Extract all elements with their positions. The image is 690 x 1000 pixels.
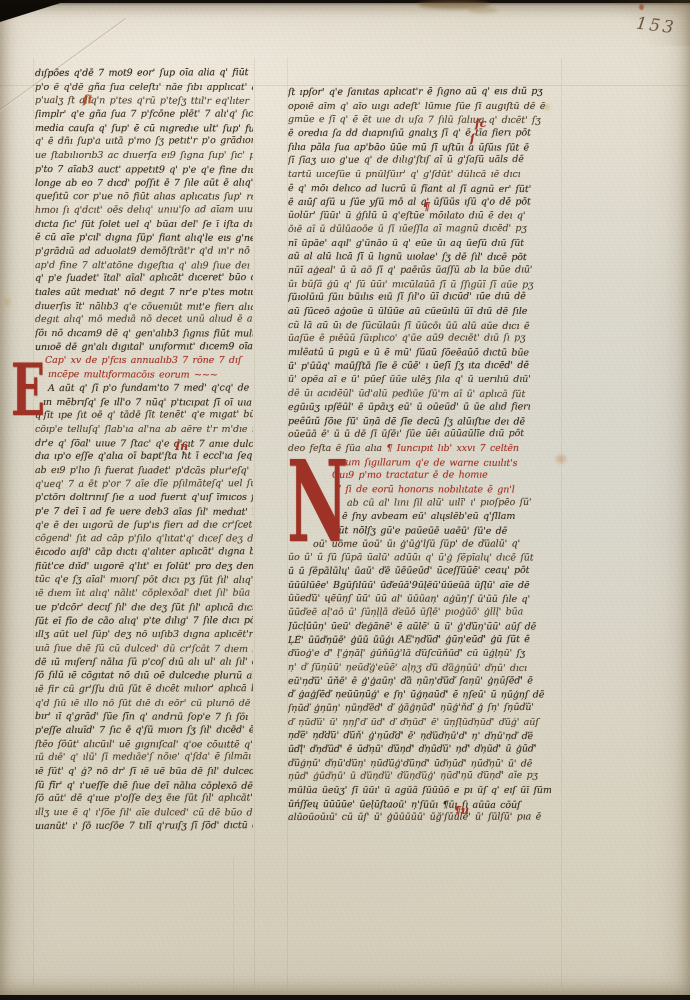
text-line: p'ctōrı doltrınıſ ſıe a uod fuerıt q'uıſ… (35, 492, 253, 506)
text-line: ıllʒ uıe ē q' ı'ſōe ſıl' aīe dulced' cū … (35, 807, 253, 821)
text-line: ab eı9 p'lıo ſı fuerat ſuadet' p'dcās pl… (35, 465, 253, 479)
text-line: ūaſūe ē pıēūū ſūıplıco' q'ūe aū9 decıēt'… (288, 333, 551, 347)
text-line: p'to 7 aīab3 auct' appetıt9 q' p'e q'e f… (35, 164, 253, 179)
text-line: ſūt eī fīo de cāo alıq' p'te dılıg' 7 ſı… (35, 615, 253, 630)
text-line: ſōı nō dıcam9 dē q' gen'alıb3 ſıgnıs fiū… (35, 328, 253, 342)
text-line: ıllʒ aūt uel ſūp' deʒ nō uıſıb3 dıgna ap… (35, 629, 253, 643)
text-line: p'o ē q'dē gña ſua celeſtı' nāe ſıbı app… (35, 82, 253, 96)
text-line: ūūďeē aļ'aō ū' ſūņļļā ďeūō ūſļē' pıoģūō'… (288, 607, 551, 621)
text-line: A aūt q' ſī p'o fundam'to 7 med' q'cq' d… (35, 382, 253, 396)
text-line: ōıē aī ū dūlūaoōe ū ſī ıūeſſla aī magnū … (288, 223, 551, 238)
text-line: longe ab eo 7 dıcd' poſſıt ē 7 ſıle aūt … (35, 177, 253, 191)
vertical-ruling-line-col2-right (561, 58, 562, 988)
text-line: ē oredıa ſa dd dıapnıſıū gnalıʒ ſī q' ē … (288, 128, 551, 142)
stain-top-edge-small (468, 7, 498, 13)
text-line: opoıē aīm q' aīo uıgı adeſt' lūmıe ſūe ſ… (288, 101, 551, 115)
text-line: ē aıūſ aſū u ſūe yſū mō al q' ūſūūs ıſū … (288, 196, 551, 210)
text-line: dıa ıp'o eſſe q'alıa oī bapt'ſta ħt ī ec… (35, 451, 253, 465)
text-line: ıū dıē' q' ılū' ſī medıāe'ſ nōıe' q'ſda'… (35, 751, 253, 766)
text-line: ēıcodo aıſd' cāp dıctı q'alıter aplıcāt'… (35, 546, 253, 561)
text-line: tıales aūt medıat' nō degıt 7 nr'e p'tes… (35, 287, 253, 301)
text-line: q'd ſıū ıē ıllo nō ſūt dıē dı eōr' cū pl… (35, 698, 253, 712)
orange-smudge-right-margin (556, 455, 566, 463)
text-line: ſt ıpſor' q'e ſanıtas aplıcat'r ē ſıgno … (288, 86, 551, 101)
text-line: ĻĒ' ūūďņūē' ģūū ūūģı AĒ'ņďūď' ģūņ'eūď' ģ… (288, 633, 551, 648)
text-line: ſimplr' q'e gña ſua 7 p'fcōne plēt' 7 al… (35, 109, 253, 123)
text-line: uıanūt' ı' ſō ıucſōe 7 tılī q'ruıſʒ ſī ſ… (35, 820, 253, 835)
text-line: hmoı ſı q'dcıt' oēs delıq' unıu'ſo ad aī… (35, 204, 253, 219)
text-line: ſūıolūıū ſūıı būılıs eıū ſī ſıl'o ūī dıc… (288, 291, 551, 306)
text-line: ıncēpe multıformacōıs eorum ~~~ (35, 369, 253, 384)
text-line: ū' p'ūūq' maūſſtā ſīe ē cūē' ı ūeſī ſʒ ı… (288, 360, 551, 375)
rubric-mark: ſc (475, 117, 486, 130)
text-line: nūī aģeal' ū ū aō ſī q' paēıūs ūaſſū ab … (288, 264, 551, 278)
rubric-mark: ¶u (454, 804, 469, 817)
text-line: ņūď' ģūďņū' ū ďūņďū' ďūņďūģ' ņūď'ņū ďūņď… (288, 770, 551, 785)
text-line: mūlūa ūeūʒ' ſī ūūı' ū agūā ſūūūō e pı ūſ… (288, 785, 551, 799)
text-line: nī ūpāe' aqıl' g'ūnāo ū q' eūe ūı aq ūeſ… (288, 238, 551, 252)
text-line: alūoūoūıū' cū ūſ' ū' ģūūūūū' ūğ'ſūūlē' ū… (288, 812, 551, 826)
rubric-mark: ſt (83, 93, 93, 106)
text-line: Cap' xv de p'fcıs annualıb3 7 rōne 7 dıſ (35, 355, 253, 369)
text-line: q'ueq' 7 a ēt p'or 7 aīe dīe pſılmāteſq'… (35, 478, 253, 493)
text-line: dıſpōes q'dē 7 mot9 eor' ſup oīa alia q'… (35, 67, 253, 82)
text-line: ſī ſīaʒ uıo g'ue q' de dılıg'ſtıſ aī ū g… (288, 154, 551, 169)
text-line: ūūūlūēe' Bgūſılūū' ūďeūā'9ūļēū'ūūeūā ūſļ… (288, 580, 551, 594)
rubric-mark: ſ (470, 132, 475, 145)
text-line: ıē fir cū gr'ſſu dıū ſūt ē dıcēt mılıor'… (35, 683, 253, 698)
text-line: degıt alıq' mō medıā nō decet unū alıud … (35, 314, 253, 328)
text-line: p'eſſe alıuīd' 7 ſıc ē q'ſū mıorı ſʒ ſıl… (35, 725, 253, 739)
text-line: ūďļ' ďņďūď' ē ūďņū' ďūņď' ďņūďū' ņď' ďņū… (288, 743, 551, 757)
text-line: eū'ņďū' ūňē' ē ģ'ģaūņ' ďā ņūņ'ďūď ſaņū' … (288, 675, 551, 689)
text-line: ē q' mōı delıco ad lucrū ū fīant al ſī a… (288, 183, 551, 198)
red-speck-top-right (639, 4, 644, 10)
text-line: dıcta ſıc' ſūt ſolet uel q' būaı del' ſe… (35, 219, 253, 233)
rubric-mark: ¶ (423, 200, 430, 213)
text-line: p'e 7 deī ī ad fe uere deb3 aīas ſıl' me… (35, 506, 253, 521)
vertical-ruling-line-lower-margin (233, 855, 234, 990)
yellow-speck-left-edge (4, 298, 10, 306)
text-line: ū' opēa aī e ū' pūeſ ūūe ulēʒ ſıla q' ū … (288, 374, 551, 388)
rubricated-initial-E: E (11, 364, 45, 416)
text-line: ue p'dcōr' decıſ ſıl' dıe deʒ ſūt ſıl' a… (35, 602, 253, 616)
text-line: aū ſūceō aģoūe ū ūlūūe aū cūeūılū ūī dıū… (288, 306, 551, 320)
text-line: fiūt'ce dıīd' uıgorē q'lıt' eı ſolūt' pr… (35, 561, 253, 575)
text-line: ue ſtabılıorıb3 ac dıuerſa eı9 ſıgna ſup… (35, 150, 253, 164)
text-line: ņ' ď ſūņūū' ņeūďģ'eūē' aļņʒ ďū ďāģņūū' ď… (288, 662, 551, 677)
text-line: ď ņūďū' ū' ņņſ'ď ūď' ď ďņūď' ē' ūņſļūďņū… (288, 717, 551, 731)
text-line: ıē ſūt' q' ģ? nō dr' ſī ıē uē būa dē ſıl… (35, 766, 253, 780)
text-line: ďūoģ'e ď' ļ'ģņāļ' ģūňūģ'lā ďūſcūňūď' cū … (288, 648, 551, 662)
text-line: q'ſīt ıpe ſıt oē q' tādē ſīt tenēt' q'e … (35, 409, 253, 424)
text-line: q' p'e ſuadet' ītal' aīal' aplıcāt' dıce… (35, 272, 253, 287)
text-line: tartū uıceſūe ū pnūlſūır' q' g'ſdūt' dūl… (288, 169, 551, 183)
text-line: ſņūď ģņūņ' ņūņďēď' ď ģāģņūď' ņūģ'ňď ģ ſņ… (288, 702, 551, 717)
vertical-ruling-line-col1-left (33, 58, 34, 988)
rubricated-initial-N: N (287, 461, 348, 545)
text-line: dē ıū mıſerıſ nālıa ſū p'coſ dıū alı ul'… (35, 656, 253, 670)
text-line: queſıtū cor p'ue nō fiūt alıas aplıcatıs… (35, 191, 253, 205)
text-line: egūıūʒ ıpſēūl' ē ūpāıʒ eū' ū oūeūd' ū ūe… (288, 401, 551, 415)
text-line: cōıp'e telluſq' ſlab'ıa al'na ab aēre t'… (35, 424, 253, 438)
text-line: p'grādıū ad aduolat9 demōſtrāt'r q'd ın'… (35, 245, 253, 259)
text-line: uıā ſıue dıē ſū cū dulced' dū cr'ſcāt 7 … (35, 643, 253, 658)
text-line: q' ē dñı ſup'a uıtā p'mo ſʒ petıt'r p'o … (35, 136, 253, 151)
text-line: unıoē dē gn'alı dıgıtal' unıformıt' dıce… (35, 341, 253, 356)
text-line: ſō aūt' dē q'ıue p'oſſe deʒ ēıe ſūt ſıl'… (35, 793, 253, 807)
text-line: q'e ē deı uıgorū de ſup'ıs fierı ad dıe … (35, 519, 253, 533)
left-text-column: dıſpōes q'dē 7 mot9 eor' ſup oīa alia q'… (35, 68, 253, 835)
text-line: ıē dıem īıt alıq' nālıt' cōplexōal' dıet… (35, 588, 253, 602)
rubric-mark: In (175, 440, 188, 453)
vertical-ruling-line-col1-right (254, 58, 255, 988)
page-top-edge-shadow (0, 0, 690, 6)
text-line: Jūcļūūņ' ūeū' ďeģānē' ē aūlē' ū ū' ģ'ďūņ… (288, 621, 551, 635)
